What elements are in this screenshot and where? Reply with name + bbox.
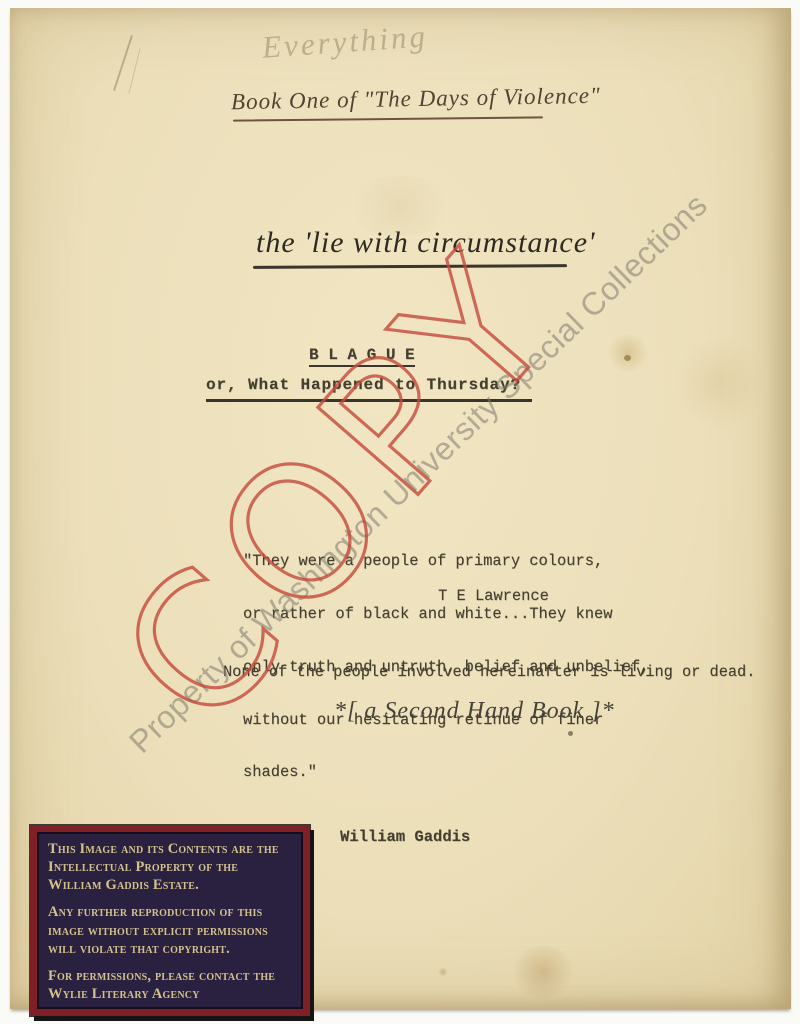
copyright-notice-box: This Image and its Contents are the Inte… — [30, 825, 310, 1016]
author-name: William Gaddis — [340, 828, 470, 846]
epigraph-line: or rather of black and white...They knew — [243, 606, 649, 624]
epigraph-line: "They were a people of primary colours, — [243, 553, 649, 571]
subtitle-underline — [206, 399, 532, 402]
stain — [606, 334, 650, 372]
pencil-note: Everything — [261, 18, 429, 65]
disclaimer: None of the people involved hereinafter … — [223, 663, 755, 681]
stain — [624, 355, 631, 361]
pencil-mark — [128, 49, 140, 94]
handwritten-title: the 'lie with circumstance' — [256, 226, 595, 260]
second-hand-book-annotation: *[ a Second Hand Book ]* — [334, 698, 615, 725]
copyright-notice-paragraph: Any further reproduction of this image w… — [48, 903, 293, 957]
paper-sheet: Everything Book One of "The Days of Viol… — [10, 8, 791, 1009]
main-title: B L A G U E — [309, 346, 415, 367]
stain — [670, 338, 770, 428]
epigraph-line: shades." — [243, 764, 649, 782]
copyright-notice-paragraph: This Image and its Contents are the Inte… — [48, 840, 293, 894]
stain — [508, 946, 578, 998]
stain — [438, 968, 448, 976]
series-underline — [233, 116, 543, 121]
subtitle: or, What Happened to Thursday? — [206, 376, 521, 394]
series-title: Book One of "The Days of Violence" — [231, 83, 601, 115]
epigraph-attribution: T E Lawrence — [438, 587, 549, 605]
handwritten-title-underline — [253, 264, 567, 268]
copyright-notice-paragraph: For permissions, please contact the Wyli… — [48, 967, 293, 1003]
